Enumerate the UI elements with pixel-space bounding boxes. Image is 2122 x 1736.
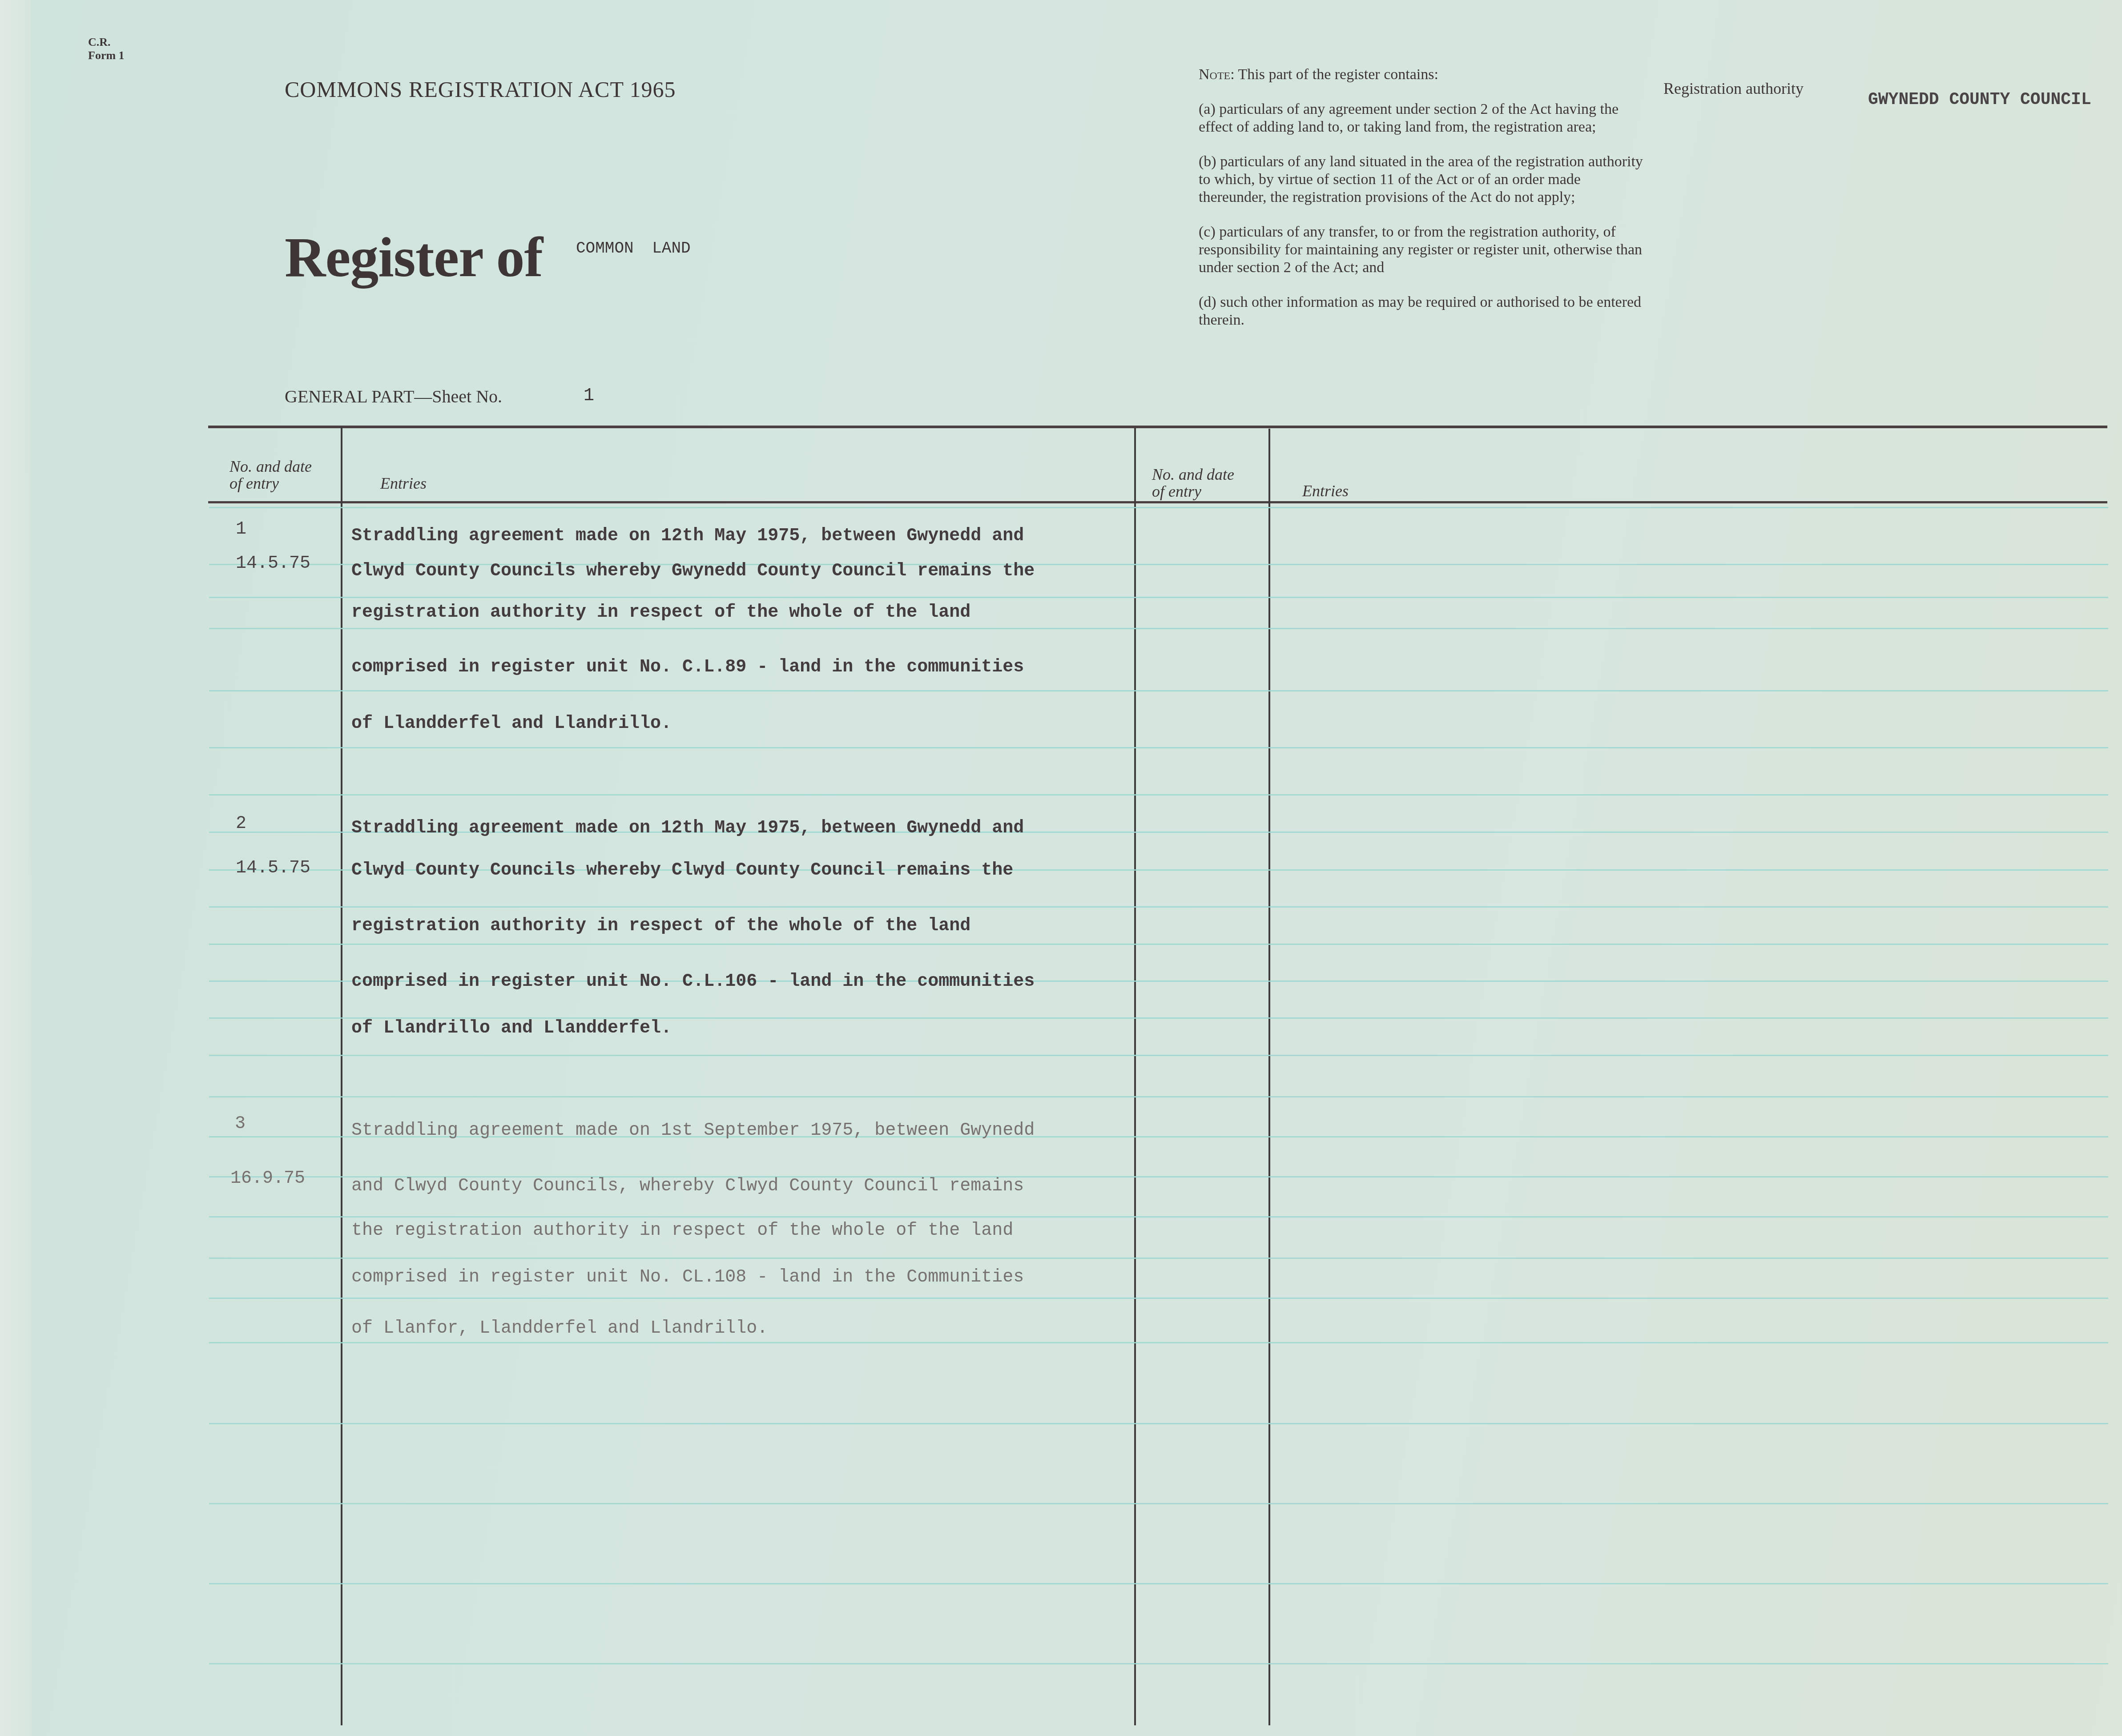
ruled-line [209, 1258, 2108, 1259]
general-part-label: GENERAL PART—Sheet No. [285, 386, 502, 407]
note-item-b: (b) particulars of any land situated in … [1199, 153, 1643, 206]
entry-1-line-4: comprised in register unit No. C.L.89 - … [351, 657, 1024, 677]
registration-authority-label: Registration authority [1663, 79, 1804, 98]
entry-2-date: 14.5.75 [236, 858, 310, 878]
entry-1-date: 14.5.75 [236, 554, 310, 574]
form-code: C.R. Form 1 [88, 36, 125, 62]
note-item-d: (d) such other information as may be req… [1199, 293, 1643, 329]
entry-1-line-5: of Llandderfel and Llandrillo. [351, 714, 672, 734]
ruled-line [209, 507, 2108, 508]
ruled-line [209, 690, 2108, 691]
act-title: COMMONS REGISTRATION ACT 1965 [285, 76, 676, 102]
ruled-line [209, 906, 2108, 908]
entry-1-line-1: Straddling agreement made on 12th May 19… [351, 526, 1024, 546]
entry-3-line-5: of Llanfor, Llandderfel and Llandrillo. [351, 1318, 768, 1338]
entry-3-line-1: Straddling agreement made on 1st Septemb… [351, 1121, 1035, 1141]
entry-1-number: 1 [236, 519, 246, 539]
left-column-divider [341, 427, 342, 1725]
right-entries-header: Entries [1302, 482, 1349, 499]
table-top-rule [208, 426, 2107, 428]
ruled-line [209, 597, 2108, 598]
entry-2-line-1: Straddling agreement made on 12th May 19… [351, 818, 1024, 838]
ruled-line [209, 1583, 2108, 1584]
entry-3-date: 16.9.75 [230, 1169, 305, 1189]
ruled-line [209, 1216, 2108, 1218]
ruled-line [209, 1503, 2108, 1504]
register-note: Note: This part of the register contains… [1199, 66, 1643, 346]
entry-2-line-3: registration authority in respect of the… [351, 916, 970, 936]
ruled-line [209, 747, 2108, 748]
left-entries-header: Entries [380, 475, 427, 492]
entry-2-line-4: comprised in register unit No. C.L.106 -… [351, 972, 1035, 992]
form-code-line2: Form 1 [88, 49, 125, 62]
ruled-line [209, 1096, 2108, 1097]
note-item-c: (c) particulars of any transfer, to or f… [1199, 223, 1643, 277]
header-bottom-rule [208, 501, 2107, 503]
entry-3-line-4: comprised in register unit No. CL.108 - … [351, 1267, 1024, 1287]
ruled-line [209, 1423, 2108, 1424]
left-no-date-header: No. and date of entry [230, 458, 312, 492]
ruled-line [209, 1663, 2108, 1664]
note-item-a: (a) particulars of any agreement under s… [1199, 100, 1643, 136]
ruled-line [209, 944, 2108, 945]
ruled-line [209, 1342, 2108, 1343]
ruled-line [209, 1298, 2108, 1299]
right-column-divider [1268, 429, 1270, 1725]
entry-3-line-3: the registration authority in respect of… [351, 1221, 1013, 1241]
entry-1-line-3: registration authority in respect of the… [351, 603, 970, 623]
register-type: COMMON LAND [576, 239, 691, 257]
ruled-line [209, 1055, 2108, 1056]
ruled-line [209, 628, 2108, 629]
entry-2-number: 2 [236, 814, 246, 834]
entry-3-number: 3 [235, 1114, 246, 1134]
note-title: Note: This part of the register contains… [1199, 66, 1643, 84]
torn-left-edge [0, 0, 31, 1736]
right-no-date-header: No. and date of entry [1152, 466, 1234, 500]
entry-2-line-5: of Llandrillo and Llandderfel. [351, 1018, 672, 1038]
sheet-number: 1 [584, 386, 594, 406]
center-divider [1134, 428, 1136, 1725]
page-title: Register of [285, 225, 543, 290]
ruled-line [209, 794, 2108, 796]
registration-authority-value: GWYNEDD COUNTY COUNCIL [1868, 90, 2091, 109]
entry-3-line-2: and Clwyd County Councils, whereby Clwyd… [351, 1176, 1024, 1196]
form-code-line1: C.R. [88, 36, 125, 49]
entry-2-line-2: Clwyd County Councils whereby Clwyd Coun… [351, 860, 1013, 880]
entry-1-line-2: Clwyd County Councils whereby Gwynedd Co… [351, 561, 1035, 581]
